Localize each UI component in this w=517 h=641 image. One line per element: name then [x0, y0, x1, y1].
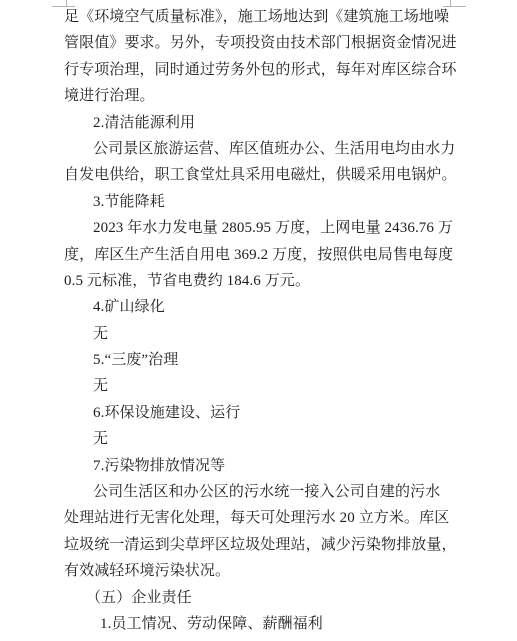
text-line: （五）企业责任 — [64, 585, 517, 611]
text-line: 5.“三废”治理 — [64, 347, 517, 373]
text-line: 无 — [64, 373, 517, 399]
text-line: 足《环境空气质量标准》，施工场地达到《建筑施工场地噪 — [64, 4, 517, 30]
text-line: 自发电供给，职工食堂灶具采用电磁灶，供暖采用电锅炉。 — [64, 162, 517, 188]
text-line: 有效减轻环境污染状况。 — [64, 558, 517, 584]
text-line: 管限值》要求。另外，专项投资由技术部门根据资金情况进 — [64, 30, 517, 56]
text-line: 无 — [64, 321, 517, 347]
text-line: 0.5 元标准，节省电费约 184.6 万元。 — [64, 268, 517, 294]
text-line: 2.清洁能源利用 — [64, 110, 517, 136]
text-line: 境进行治理。 — [64, 83, 517, 109]
text-line: 7.污染物排放情况等 — [64, 453, 517, 479]
text-line: 4.矿山绿化 — [64, 294, 517, 320]
document-text-area: 足《环境空气质量标准》，施工场地达到《建筑施工场地噪管限值》要求。另外，专项投资… — [64, 4, 517, 637]
text-line: 公司景区旅游运营、库区值班办公、生活用电均由水力 — [64, 136, 517, 162]
text-line: 处理站进行无害化处理，每天可处理污水 20 立方米。库区 — [64, 505, 517, 531]
text-line: 行专项治理，同时通过劳务外包的形式，每年对库区综合环 — [64, 57, 517, 83]
document-page: 足《环境空气质量标准》，施工场地达到《建筑施工场地噪管限值》要求。另外，专项投资… — [0, 0, 517, 641]
text-line: 2023 年水力发电量 2805.95 万度，上网电量 2436.76 万 — [64, 215, 517, 241]
text-line: 6.环保设施建设、运行 — [64, 400, 517, 426]
text-line: 3.节能降耗 — [64, 189, 517, 215]
text-line: 垃圾统一清运到尖草坪区垃圾处理站，减少污染物排放量， — [64, 532, 517, 558]
text-line: 无 — [64, 426, 517, 452]
text-line: 1.员工情况、劳动保障、薪酬福利 — [64, 611, 517, 637]
text-line: 度，库区生产生活自用电 369.2 万度，按照供电局售电每度 — [64, 242, 517, 268]
text-line: 公司生活区和办公区的污水统一接入公司自建的污水 — [64, 479, 517, 505]
